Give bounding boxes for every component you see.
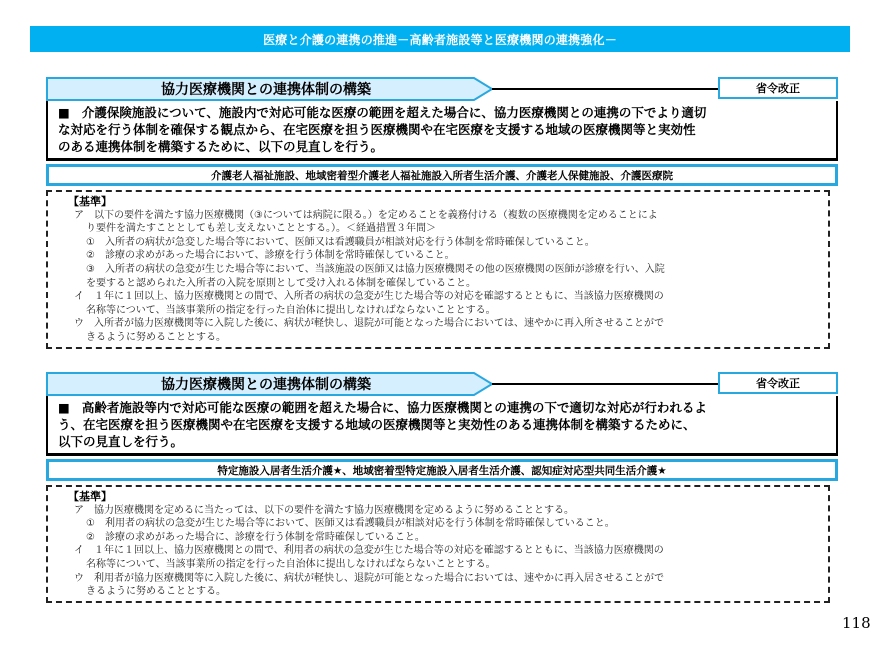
target-services-text: 特定施設入居者生活介護★、地域密着型特定施設入居者生活介護、認知症対応型共同生活… [217,463,666,478]
revision-badge: 省令改正 [718,77,838,99]
header-divider-line [492,88,718,90]
target-services-text: 介護老人福祉施設、地域密着型介護老人福祉施設入所者生活介護、介護老人保健施設、介… [211,168,673,183]
summary-line: のある連携体制を構築するために、以下の見直しを行う。 [58,138,828,155]
criteria-line: ア 以下の要件を満たす協力医療機関（③については病院に限る。）を定めることを義務… [74,209,822,223]
section-title: 協力医療機関との連携体制の構築 [46,77,486,101]
target-services-box: 特定施設入居者生活介護★、地域密着型特定施設入居者生活介護、認知症対応型共同生活… [46,459,838,481]
criteria-line: イ １年に１回以上、協力医療機関との間で、入所者の病状の急変が生じた場合等の対応… [74,290,822,304]
summary-box: ■介護保険施設について、施設内で対応可能な医療の範囲を超えた場合に、協力医療機関… [46,101,838,161]
section-title-arrow: 協力医療機関との連携体制の構築 [46,77,494,101]
criteria-box: 【基準】 ア 以下の要件を満たす協力医療機関（③については病院に限る。）を定める… [46,190,830,349]
criteria-box: 【基準】 ア 協力医療機関を定めるに当たっては、以下の要件を満たす協力医療機関を… [46,485,830,603]
summary-line: 以下の見直しを行う。 [58,433,828,450]
banner-title: 医療と介護の連携の推進－高齢者施設等と医療機関の連携強化－ [263,31,617,48]
criteria-line: り要件を満たすこととしても差し支えないこととする。）。＜経過措置３年間＞ [74,222,822,236]
criteria-line: を要すると認められた入所者の入院を原則として受け入れる体制を確保していること。 [74,277,822,291]
criteria-line: 名称等について、当該事業所の指定を行った自治体に提出しなければならないこととする… [74,304,822,318]
revision-badge: 省令改正 [718,372,838,394]
summary-line: ■介護保険施設について、施設内で対応可能な医療の範囲を超えた場合に、協力医療機関… [58,104,828,121]
section-title-arrow: 協力医療機関との連携体制の構築 [46,372,494,396]
square-bullet-icon: ■ [58,400,70,415]
criteria-line: ウ 利用者が協力医療機関等に入院した後に、病状が軽快し、退院が可能となった場合に… [74,572,822,586]
summary-line: ■高齢者施設等内で対応可能な医療の範囲を超えた場合に、協力医療機関との連携の下で… [58,399,828,416]
criteria-heading: 【基準】 [68,490,822,504]
summary-line: う、在宅医療を担う医療機関や在宅医療を支援する地域の医療機関等と実効性のある連携… [58,416,828,433]
criteria-line: イ １年に１回以上、協力医療機関との間で、利用者の病状の急変が生じた場合等の対応… [74,544,822,558]
criteria-line: ア 協力医療機関を定めるに当たっては、以下の要件を満たす協力医療機関を定めるよう… [74,504,822,518]
section-facility-coordination: 協力医療機関との連携体制の構築 省令改正 ■介護保険施設について、施設内で対応可… [46,77,838,349]
criteria-line: きるように努めることとする。 [74,331,822,345]
square-bullet-icon: ■ [58,105,70,120]
header-divider-line [492,383,718,385]
target-services-box: 介護老人福祉施設、地域密着型介護老人福祉施設入所者生活介護、介護老人保健施設、介… [46,164,838,186]
criteria-line: ② 診療の求めがあった場合において、診療を行う体制を常時確保していること。 [74,249,822,263]
summary-line: な対応を行う体制を確保する観点から、在宅医療を担う医療機関や在宅医療を支援する地… [58,121,828,138]
section-title: 協力医療機関との連携体制の構築 [46,372,486,396]
section-header: 協力医療機関との連携体制の構築 省令改正 [46,372,838,396]
section-elderly-facility-coordination: 協力医療機関との連携体制の構築 省令改正 ■高齢者施設等内で対応可能な医療の範囲… [46,372,838,603]
page-number: 118 [842,614,871,632]
criteria-line: ③ 入所者の病状の急変が生じた場合等において、当該施設の医師又は協力医療機関その… [74,263,822,277]
criteria-line: ② 診療の求めがあった場合に、診療を行う体制を常時確保していること。 [74,531,822,545]
criteria-heading: 【基準】 [68,195,822,209]
criteria-line: ウ 入所者が協力医療機関等に入院した後に、病状が軽快し、退院が可能となった場合に… [74,317,822,331]
criteria-line: きるように努めることとする。 [74,585,822,599]
criteria-line: ① 利用者の病状の急変が生じた場合等において、医師又は看護職員が相談対応を行う体… [74,517,822,531]
section-header: 協力医療機関との連携体制の構築 省令改正 [46,77,838,101]
criteria-line: 名称等について、当該事業所の指定を行った自治体に提出しなければならないこととする… [74,558,822,572]
page-banner: 医療と介護の連携の推進－高齢者施設等と医療機関の連携強化－ [30,26,850,52]
summary-box: ■高齢者施設等内で対応可能な医療の範囲を超えた場合に、協力医療機関との連携の下で… [46,396,838,456]
criteria-line: ① 入所者の病状が急変した場合等において、医師又は看護職員が相談対応を行う体制を… [74,236,822,250]
